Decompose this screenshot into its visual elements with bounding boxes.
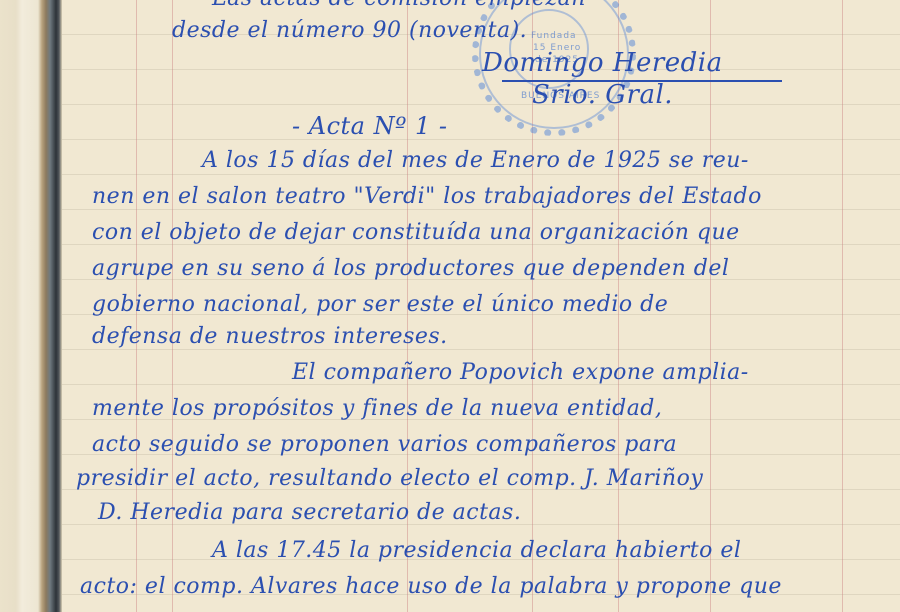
body-line: acto seguido se proponen varios compañer…: [92, 432, 677, 457]
body-line: acto: el comp. Alvares hace uso de la pa…: [80, 574, 782, 599]
signature-name: Domingo Heredia: [482, 48, 723, 78]
signature-title: Srio. Gral.: [532, 80, 673, 110]
body-line: nen en el salon teatro "Verdi" los traba…: [92, 184, 762, 209]
stamp-inner-text: Fundada: [531, 31, 577, 41]
body-line: El compañero Popovich expone amplia-: [292, 360, 749, 385]
minutes-heading: - Acta Nº 1 -: [292, 112, 448, 140]
body-line: con el objeto de dejar constituída una o…: [92, 220, 740, 245]
header-line: desde el número 90 (noventa).: [172, 18, 527, 43]
column-rule-line: [710, 0, 711, 612]
body-line: D. Heredia para secretario de actas.: [98, 500, 521, 525]
body-line: agrupe en su seno á los productores que …: [92, 256, 729, 281]
body-line: A los 15 días del mes de Enero de 1925 s…: [202, 148, 749, 173]
body-line: A las 17.45 la presidencia declara habie…: [212, 538, 741, 563]
body-line: mente los propósitos y fines de la nueva…: [92, 396, 662, 421]
ledger-binding-spine: [0, 0, 62, 612]
body-line: presidir el acto, resultando electo el c…: [76, 466, 703, 491]
column-rule-line: [842, 0, 843, 612]
ledger-page: Fundada 15 Enero de 1925 BUENOS AIRES La…: [62, 0, 900, 612]
header-line: Las actas de comisión empiezan: [212, 0, 586, 11]
body-line: defensa de nuestros intereses.: [92, 324, 448, 349]
body-line: gobierno nacional, por ser este el único…: [92, 292, 668, 317]
